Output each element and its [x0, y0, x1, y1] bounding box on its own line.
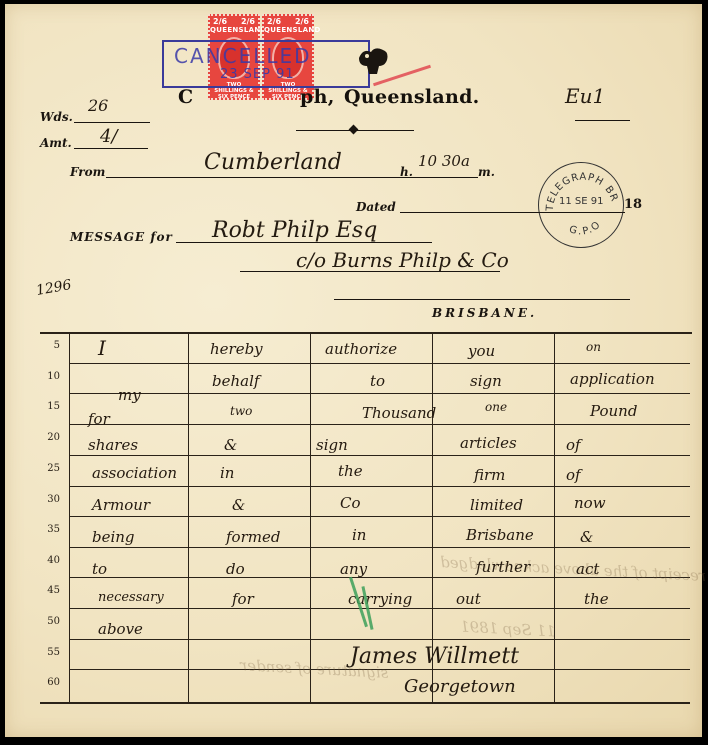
destination-line: [334, 299, 630, 300]
from-value: Cumberland: [204, 150, 342, 175]
line-number: 25: [40, 463, 60, 474]
wds-value: 26: [88, 96, 108, 115]
amt-value: 4/: [100, 126, 118, 147]
corner-note-underline: [575, 120, 630, 121]
line-number: 40: [40, 555, 60, 566]
amt-line: [74, 148, 148, 149]
from-line: [106, 177, 424, 178]
line-number: 15: [40, 401, 60, 412]
title-suffix: ph,: [300, 86, 335, 108]
cancelled-handstamp: CANCELLED 23 SEP 91: [162, 40, 370, 88]
coat-of-arms-icon: [355, 44, 391, 80]
line-number: 30: [40, 494, 60, 505]
sender-location: Georgetown: [404, 676, 516, 697]
year-suffix: 18: [624, 197, 642, 212]
line-number: 35: [40, 524, 60, 535]
hour-value: 10 30a: [418, 152, 470, 170]
line-number: 50: [40, 616, 60, 627]
wds-label: Wds.: [40, 110, 73, 124]
line-number: 45: [40, 585, 60, 596]
telegraph-branch-postmark: TELEGRAPH BRANCH G.P.O. 11 SE 91: [538, 162, 624, 248]
destination: BRISBANE.: [432, 306, 537, 320]
addressee-care-of: c/o Burns Philp & Co: [296, 248, 509, 272]
line-number: 20: [40, 432, 60, 443]
dated-line: [400, 212, 625, 213]
m-label: m.: [478, 165, 495, 179]
line-number: 60: [40, 677, 60, 688]
amt-label: Amt.: [40, 136, 72, 150]
corner-note: Eu1: [565, 84, 605, 108]
from-label: From: [70, 165, 105, 179]
addressee-name: Robt Philp Esq: [212, 218, 377, 243]
dated-label: Dated: [356, 200, 396, 214]
line-number: 55: [40, 647, 60, 658]
form-title-region: Queensland.: [344, 86, 480, 108]
line-number: 10: [40, 371, 60, 382]
line-number: 5: [40, 340, 60, 351]
wds-line: [74, 122, 150, 123]
sender-signature: James Willmett: [350, 644, 519, 669]
hour-label: h.: [400, 165, 413, 179]
title-prefix: C: [178, 86, 193, 108]
hour-line: [412, 177, 478, 178]
message-for-label: MESSAGE for: [70, 230, 173, 244]
